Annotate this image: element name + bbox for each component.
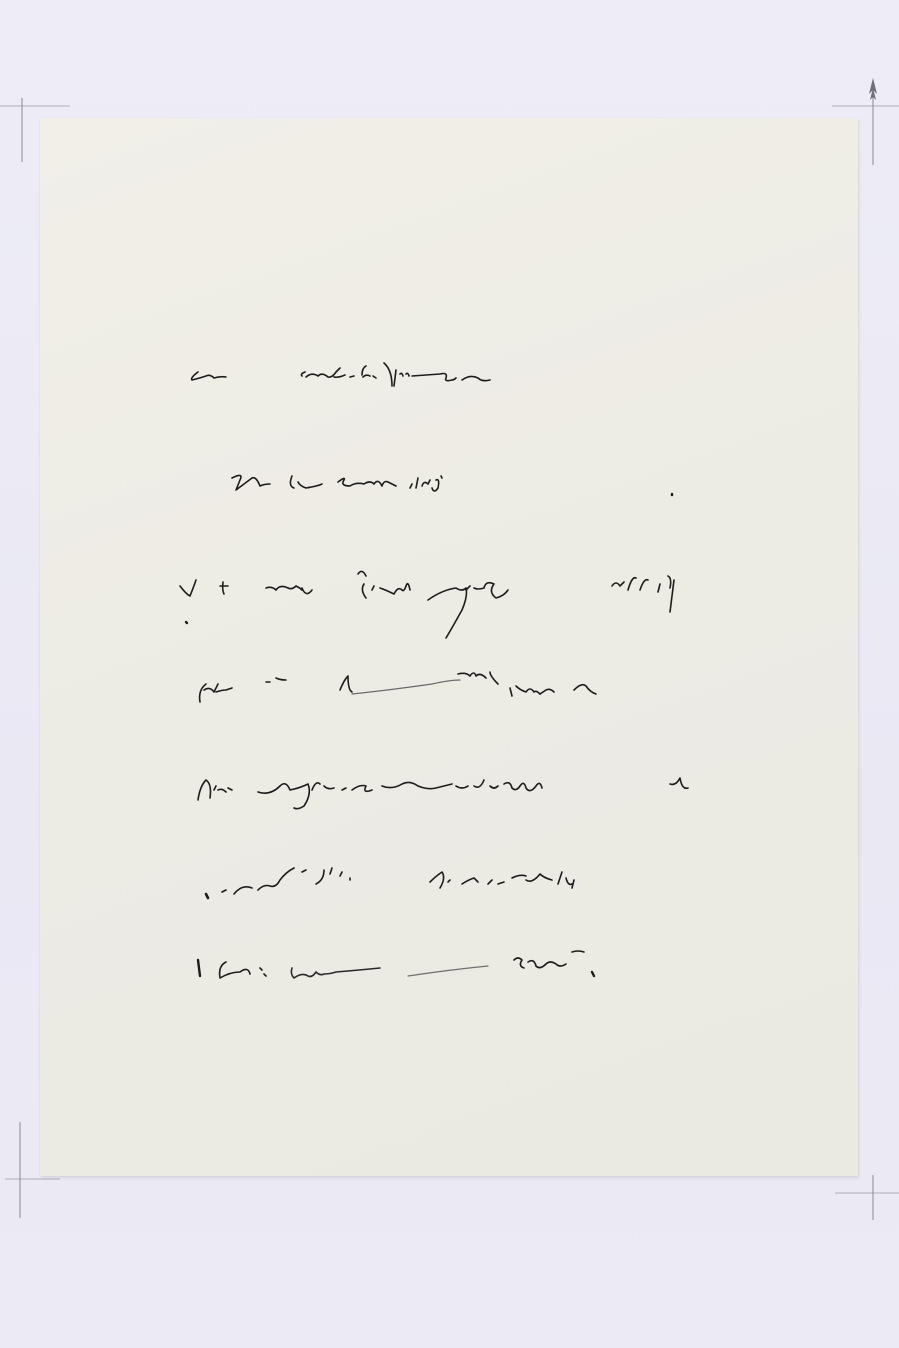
handwriting-line-7 bbox=[198, 951, 594, 978]
handwriting-line-3 bbox=[180, 571, 674, 638]
handwriting-line-2 bbox=[232, 475, 672, 495]
handwriting-line-1 bbox=[192, 363, 490, 386]
handwriting bbox=[0, 0, 899, 1348]
handwriting-line-4 bbox=[200, 672, 596, 702]
handwriting-line-6 bbox=[206, 868, 574, 898]
handwriting-line-5 bbox=[198, 778, 688, 809]
